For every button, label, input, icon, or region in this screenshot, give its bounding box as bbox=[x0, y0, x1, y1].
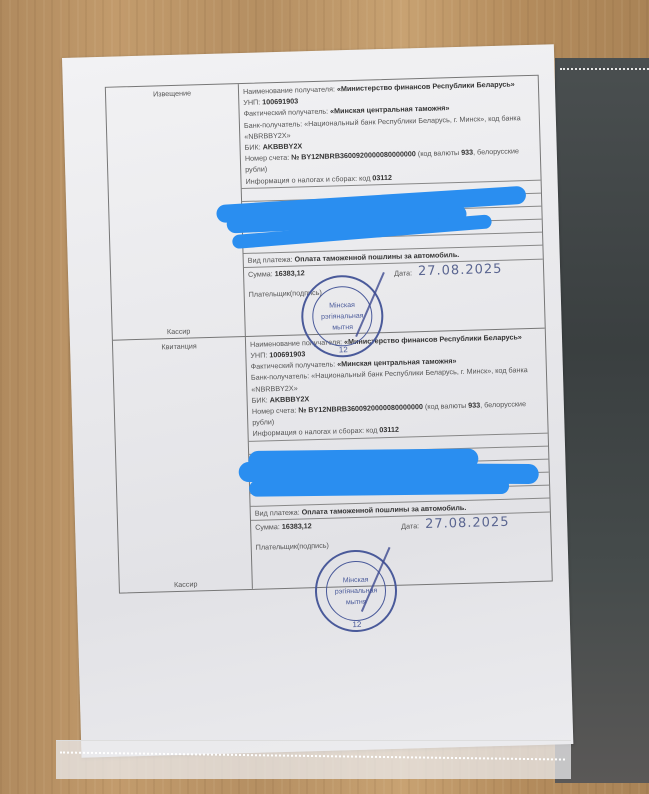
sum-label: Сумма: bbox=[248, 269, 273, 279]
actual-recipient-value: «Минская центральная таможня» bbox=[330, 104, 450, 116]
bank-label: Банк-получатель: bbox=[244, 119, 302, 130]
stamp-line-3: мытня bbox=[332, 323, 353, 331]
stamp-line-2: рэгіянальная bbox=[321, 312, 364, 320]
receipt-title: Квитанция bbox=[113, 337, 245, 353]
account-label: Номер счета: bbox=[252, 406, 297, 416]
stamp-line-1: Мінская bbox=[343, 576, 369, 584]
sleeve-seam bbox=[560, 68, 649, 70]
date-value-handwritten: 27.08.2025 bbox=[425, 514, 510, 531]
receipt-label-column: Квитанция Кассир bbox=[113, 337, 253, 592]
stamp-number: 12 bbox=[318, 619, 396, 630]
recipient-value: «Министерство финансов Республики Белару… bbox=[337, 79, 515, 93]
date-label: Дата: bbox=[401, 521, 419, 530]
bik-label: БИК: bbox=[244, 143, 260, 152]
sum-value: 16383,12 bbox=[275, 268, 305, 278]
customs-stamp: Мінская рэгіянальная мытня 12 bbox=[314, 549, 398, 633]
date-field: Дата:27.08.2025 bbox=[401, 514, 510, 532]
account-value: № BY12NBRB3600920000080000000 bbox=[291, 149, 416, 161]
date-value-handwritten: 27.08.2025 bbox=[418, 262, 503, 279]
payer-signature-label: Плательщик(подпись) bbox=[256, 540, 329, 551]
payment-receipt-sheet: Извещение Кассир Наименование получателя… bbox=[62, 44, 573, 757]
currency-code: 933 bbox=[461, 148, 473, 157]
currency-prefix: (код валюты bbox=[425, 401, 467, 411]
redaction-mark bbox=[249, 478, 509, 497]
tax-info-label: Информация о налогах и сборах: код bbox=[252, 426, 377, 438]
customs-stamp: Мінская рэгіянальная мытня 12 bbox=[300, 274, 384, 358]
unp-value: 100691903 bbox=[262, 97, 298, 107]
actual-recipient-label: Фактический получатель: bbox=[244, 107, 329, 118]
sum-row: Сумма: 16383,12 Дата:27.08.2025 Плательщ… bbox=[251, 511, 552, 588]
bik-value: AKBBBY2X bbox=[270, 394, 310, 404]
currency-code: 933 bbox=[468, 401, 480, 410]
recipient-info: Наименование получателя: «Министерство ф… bbox=[239, 76, 541, 188]
bik-label: БИК: bbox=[252, 395, 268, 404]
stamp-line-1: Мінская bbox=[329, 301, 355, 309]
recipient-info: Наименование получателя: «Министерство ф… bbox=[246, 328, 548, 440]
account-value: № BY12NBRB3600920000080000000 bbox=[298, 402, 423, 414]
notice-title: Извещение bbox=[106, 84, 238, 100]
tax-info-label: Информация о налогах и сборах: код bbox=[245, 173, 370, 185]
unp-value: 100691903 bbox=[269, 349, 305, 359]
account-label: Номер счета: bbox=[245, 153, 290, 163]
cashier-label: Кассир bbox=[113, 325, 245, 338]
currency-prefix: (код валюты bbox=[418, 148, 460, 158]
date-label: Дата: bbox=[394, 268, 412, 277]
tax-code: 03112 bbox=[372, 172, 392, 182]
cashier-label: Кассир bbox=[120, 578, 252, 591]
tax-code: 03112 bbox=[379, 425, 399, 435]
sum-value: 16383,12 bbox=[282, 521, 312, 531]
sum-label: Сумма: bbox=[255, 522, 280, 532]
bik-value: AKBBBY2X bbox=[263, 141, 303, 151]
sum-row: Сумма: 16383,12 Дата:27.08.2025 Плательщ… bbox=[244, 258, 545, 335]
date-field: Дата:27.08.2025 bbox=[394, 262, 503, 280]
payment-type-label: Вид платежа: bbox=[255, 507, 300, 517]
payment-type-label: Вид платежа: bbox=[248, 254, 293, 264]
unp-label: УНП: bbox=[250, 350, 267, 359]
recipient-label: Наименование получателя: bbox=[243, 84, 335, 96]
actual-recipient-label: Фактический получатель: bbox=[251, 360, 336, 371]
bank-label: Банк-получатель: bbox=[251, 372, 309, 383]
unp-label: УНП: bbox=[243, 98, 260, 107]
